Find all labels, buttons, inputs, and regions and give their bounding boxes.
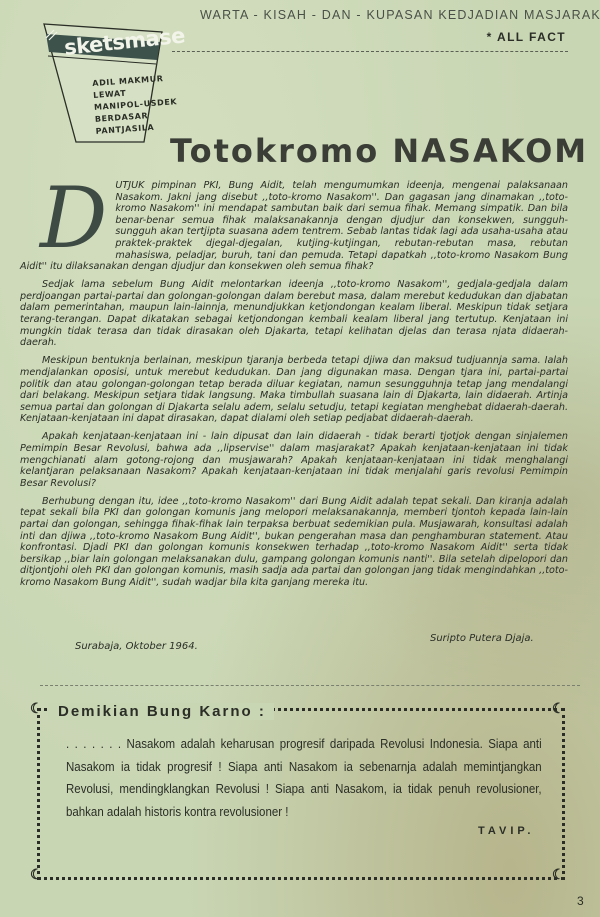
article-body: D UTJUK pimpinan PKI, Bung Aidit, telah … — [20, 180, 568, 595]
article-paragraph: Meskipun bentuknja berlainan, meskipun t… — [20, 355, 568, 425]
crescent-ornament-icon: ☾ — [30, 700, 43, 717]
article-paragraph: Berhubung dengan itu, idee ,,toto-kromo … — [20, 496, 568, 589]
magazine-logo: sketsmase ADIL MAKMUR LEWAT MANIPOL-USDE… — [40, 10, 158, 138]
divider — [172, 51, 568, 52]
place-date: Surabaja, Oktober 1964. — [75, 641, 198, 652]
article-paragraph: D UTJUK pimpinan PKI, Bung Aidit, telah … — [20, 180, 568, 273]
crescent-ornament-icon: ☾ — [552, 866, 565, 883]
logo-motto: ADIL MAKMUR LEWAT MANIPOL-USDEK BERDASAR… — [92, 72, 176, 137]
crescent-ornament-icon: ☾ — [552, 700, 565, 717]
crescent-ornament-icon: ☾ — [30, 866, 43, 883]
quote-text: . . . . . . . Nasakom adalah keharusan p… — [66, 733, 542, 823]
article-title: Totokromo NASAKOM — [170, 132, 588, 170]
masthead-tagline: * ALL FACT — [487, 30, 566, 44]
article-paragraph: Sedjak lama sebelum Bung Aidit melontark… — [20, 279, 568, 349]
drop-cap: D — [40, 182, 107, 254]
page-number: 3 — [577, 894, 584, 908]
divider — [40, 685, 580, 686]
masthead-subtitle: WARTA - KISAH - DAN - KUPASAN KEDJADIAN … — [200, 8, 600, 22]
quote-heading: Demikian Bung Karno : — [48, 703, 274, 720]
quote-source: TAVIP. — [478, 825, 534, 837]
article-paragraph: Apakah kenjataan-kenjataan ini - lain di… — [20, 431, 568, 489]
author-name: Suripto Putera Djaja. — [430, 633, 534, 644]
